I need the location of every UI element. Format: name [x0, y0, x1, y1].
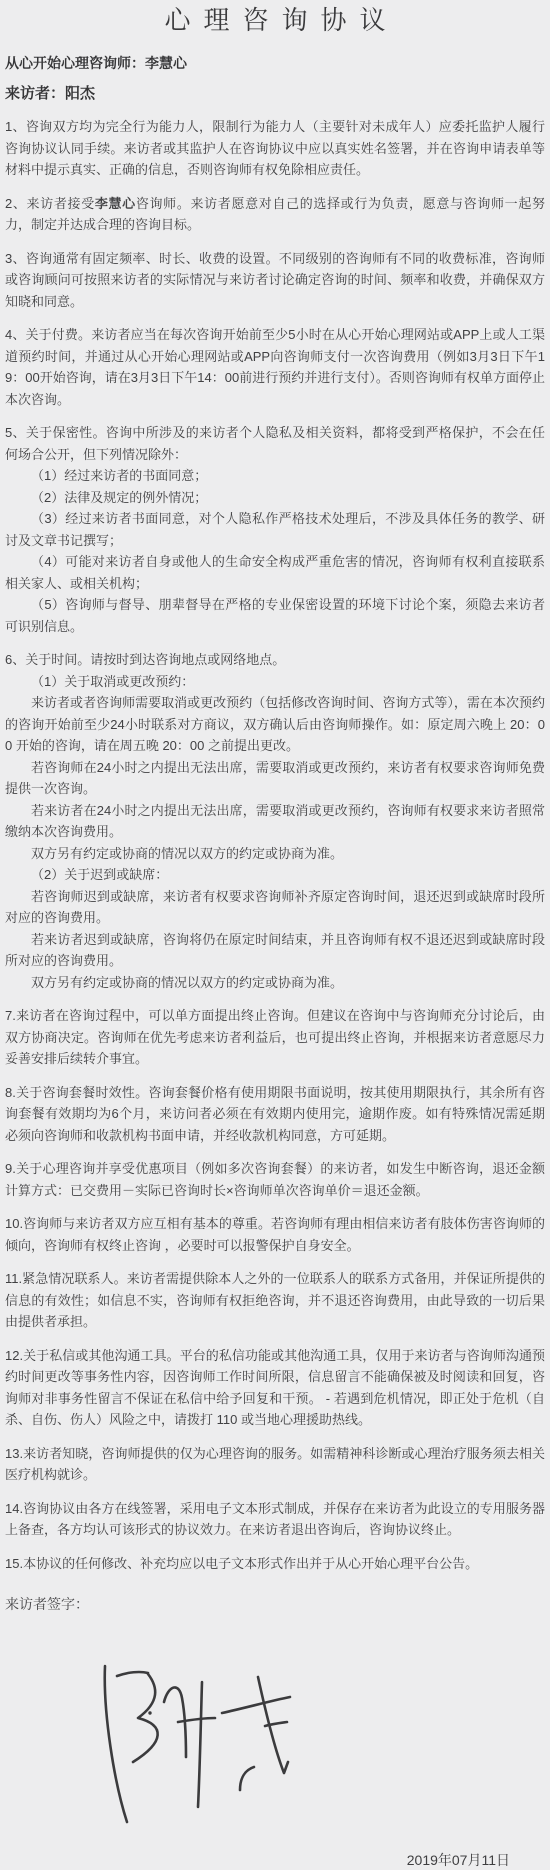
agreement-paragraph: （3）经过来访者书面同意，对个人隐私作严格技术处理后，不涉及具体任务的教学、研讨…	[5, 508, 545, 551]
agreement-paragraph: 13.来访者知晓，咨询师提供的仅为心理咨询的服务。如需精神科诊断或心理治疗服务须…	[5, 1443, 545, 1486]
paragraph-text: （3）经过来访者书面同意，对个人隐私作严格技术处理后，不涉及具体任务的教学、研讨…	[5, 511, 545, 548]
agreement-paragraph: （2）法律及规定的例外情况；	[5, 487, 545, 509]
paragraph-text: 2、来访者接受	[5, 196, 95, 211]
agreement-paragraph: 14.咨询协议由各方在线签署，采用电子文本形式制成，并保存在来访者为此设立的专用…	[5, 1498, 545, 1541]
signature-stroke	[198, 1682, 202, 1807]
signature-stroke	[148, 1711, 151, 1714]
paragraph-text: 若咨询师迟到或缺席，来访者有权要求咨询师补齐原定咨询时间，退还迟到或缺席时段所对…	[5, 889, 545, 926]
counselor-name: 李慧心	[145, 55, 187, 71]
agreement-paragraph: 双方另有约定或协商的情况以双方的约定或协商为准。	[5, 972, 545, 994]
paragraph-text: 来访者或者咨询师需要取消或更改预约（包括修改咨询时间、咨询方式等），需在本次预约…	[5, 695, 545, 753]
paragraph-text: （1）关于取消或更改预约：	[31, 674, 194, 689]
paragraph-text: 3、咨询通常有固定频率、时长、收费的设置。不同级别的咨询师有不同的收费标准，咨询…	[5, 251, 545, 309]
signature-stroke	[105, 1666, 127, 1822]
counselor-name-inline: 李慧心	[95, 196, 136, 211]
agreement-body: 1、咨询双方均为完全行为能力人，限制行为能力人（主要针对未成年人）应委托监护人履…	[5, 116, 545, 1574]
agreement-paragraph: 双方另有约定或协商的情况以双方的约定或协商为准。	[5, 843, 545, 865]
paragraph-text: 12.关于私信或其他沟通工具。平台的私信功能或其他沟通工具，仅用于来访者与咨询师…	[5, 1348, 545, 1428]
paragraph-text: 11.紧急情况联系人。来访者需提供除本人之外的一位联系人的联系方式备用，并保证所…	[5, 1271, 545, 1329]
agreement-paragraph: 4、关于付费。来访者应当在每次咨询开始前至少5小时在从心开始心理网站或APP上或…	[5, 324, 545, 410]
paragraph-text: 14.咨询协议由各方在线签署，采用电子文本形式制成，并保存在来访者为此设立的专用…	[5, 1501, 545, 1538]
paragraph-text: 1、咨询双方均为完全行为能力人，限制行为能力人（主要针对未成年人）应委托监护人履…	[5, 119, 545, 177]
agreement-paragraph: 15.本协议的任何修改、补充均应以电子文本形式作出并于从心开始心理平台公告。	[5, 1553, 545, 1575]
agreement-paragraph: 5、关于保密性。咨询中所涉及的来访者个人隐私及相关资料，都将受到严格保护，不会在…	[5, 422, 545, 465]
agreement-paragraph: （1）经过来访者的书面同意；	[5, 465, 545, 487]
signature-scribble	[90, 1654, 310, 1846]
agreement-paragraph: 6、关于时间。请按时到达咨询地点或网络地点。	[5, 649, 545, 671]
paragraph-text: 15.本协议的任何修改、补充均应以电子文本形式作出并于从心开始心理平台公告。	[5, 1556, 478, 1571]
agreement-paragraph: 8.关于咨询套餐时效性。咨询套餐价格有使用期限书面说明，按其使用期限执行，其余所…	[5, 1082, 545, 1147]
agreement-paragraph: 1、咨询双方均为完全行为能力人，限制行为能力人（主要针对未成年人）应委托监护人履…	[5, 116, 545, 181]
counselor-line: 从心开始心理咨询师：李慧心	[5, 53, 545, 73]
agreement-paragraph: （4）可能对来访者自身或他人的生命安全构成严重危害的情况，咨询师有权利直接联系相…	[5, 551, 545, 594]
paragraph-text: 8.关于咨询套餐时效性。咨询套餐价格有使用期限书面说明，按其使用期限执行，其余所…	[5, 1085, 545, 1143]
signature-stroke	[240, 1767, 254, 1790]
agreement-paragraph: （2）关于迟到或缺席：	[5, 864, 545, 886]
paragraph-text: 双方另有约定或协商的情况以双方的约定或协商为准。	[31, 846, 343, 861]
signature-stroke	[133, 1674, 158, 1762]
signature-label: 来访者签字：	[5, 1594, 545, 1614]
paragraph-text: 4、关于付费。来访者应当在每次咨询开始前至少5小时在从心开始心理网站或APP上或…	[5, 327, 545, 407]
agreement-paragraph: 2、来访者接受李慧心咨询师。来访者愿意对自己的选择或行为负责，愿意与咨询师一起努…	[5, 193, 545, 236]
signature-stroke	[222, 1697, 290, 1713]
counselor-label: 从心开始心理咨询师：	[5, 55, 145, 71]
agreement-paragraph: 若咨询师迟到或缺席，来访者有权要求咨询师补齐原定咨询时间，退还迟到或缺席时段所对…	[5, 886, 545, 929]
agreement-paragraph: 若来访者迟到或缺席，咨询将仍在原定时间结束，并且咨询师有权不退还迟到或缺席时段所…	[5, 929, 545, 972]
paragraph-text: 13.来访者知晓，咨询师提供的仅为心理咨询的服务。如需精神科诊断或心理治疗服务须…	[5, 1446, 545, 1483]
agreement-page: 心理咨询协议 从心开始心理咨询师：李慧心 来访者：阳杰 1、咨询双方均为完全行为…	[0, 0, 550, 1870]
paragraph-text: 若来访者迟到或缺席，咨询将仍在原定时间结束，并且咨询师有权不退还迟到或缺席时段所…	[5, 932, 545, 969]
signature-stroke	[117, 1672, 148, 1676]
agreement-paragraph: 来访者或者咨询师需要取消或更改预约（包括修改咨询时间、咨询方式等），需在本次预约…	[5, 692, 545, 757]
agreement-paragraph: 7.来访者在咨询过程中，可以单方面提出终止咨询。但建议在咨询中与咨询师充分讨论后…	[5, 1005, 545, 1070]
paragraph-text: （4）可能对来访者自身或他人的生命安全构成严重危害的情况，咨询师有权利直接联系相…	[5, 554, 545, 591]
agreement-paragraph: 10.咨询师与来访者双方应互相有基本的尊重。若咨询师有理由相信来访者有肢体伤害咨…	[5, 1213, 545, 1256]
agreement-paragraph: （1）关于取消或更改预约：	[5, 671, 545, 693]
agreement-paragraph: 12.关于私信或其他沟通工具。平台的私信功能或其他沟通工具，仅用于来访者与咨询师…	[5, 1345, 545, 1431]
paragraph-text: 若咨询师在24小时之内提出无法出席，需要取消或更改预约，来访者有权要求咨询师免费…	[5, 760, 545, 797]
date-text: 2019年07月11日	[5, 1850, 545, 1870]
agreement-paragraph: 若来访者在24小时之内提出无法出席，需要取消或更改预约，咨询师有权要求来访者照常…	[5, 800, 545, 843]
paragraph-text: （5）咨询师与督导、朋辈督导在严格的专业保密设置的环境下讨论个案，须隐去来访者可…	[5, 597, 545, 634]
agreement-paragraph: 11.紧急情况联系人。来访者需提供除本人之外的一位联系人的联系方式备用，并保证所…	[5, 1268, 545, 1333]
agreement-paragraph: 3、咨询通常有固定频率、时长、收费的设置。不同级别的咨询师有不同的收费标准，咨询…	[5, 248, 545, 313]
agreement-paragraph: （5）咨询师与督导、朋辈督导在严格的专业保密设置的环境下讨论个案，须隐去来访者可…	[5, 594, 545, 637]
paragraph-text: 5、关于保密性。咨询中所涉及的来访者个人隐私及相关资料，都将受到严格保护，不会在…	[5, 425, 545, 462]
paragraph-text: 10.咨询师与来访者双方应互相有基本的尊重。若咨询师有理由相信来访者有肢体伤害咨…	[5, 1216, 545, 1253]
visitor-label: 来访者：	[5, 85, 65, 102]
paragraph-text: 若来访者在24小时之内提出无法出席，需要取消或更改预约，咨询师有权要求来访者照常…	[5, 803, 545, 840]
paragraph-text: （2）法律及规定的例外情况；	[31, 490, 207, 505]
visitor-signature	[90, 1654, 545, 1846]
agreement-paragraph: 若咨询师在24小时之内提出无法出席，需要取消或更改预约，来访者有权要求咨询师免费…	[5, 757, 545, 800]
paragraph-text: （1）经过来访者的书面同意；	[31, 468, 207, 483]
paragraph-text: 6、关于时间。请按时到达咨询地点或网络地点。	[5, 652, 285, 667]
visitor-line: 来访者：阳杰	[5, 84, 545, 104]
paragraph-text: 9.关于心理咨询并享受优惠项目（例如多次咨询套餐）的来访者，如发生中断咨询，退还…	[5, 1161, 545, 1198]
page-title: 心理咨询协议	[5, 4, 545, 36]
agreement-paragraph: 9.关于心理咨询并享受优惠项目（例如多次咨询套餐）的来访者，如发生中断咨询，退还…	[5, 1158, 545, 1201]
paragraph-text: （2）关于迟到或缺席：	[31, 867, 168, 882]
paragraph-text: 双方另有约定或协商的情况以双方的约定或协商为准。	[31, 975, 343, 990]
visitor-name: 阳杰	[65, 85, 95, 102]
paragraph-text: 7.来访者在咨询过程中，可以单方面提出终止咨询。但建议在咨询中与咨询师充分讨论后…	[5, 1008, 545, 1066]
